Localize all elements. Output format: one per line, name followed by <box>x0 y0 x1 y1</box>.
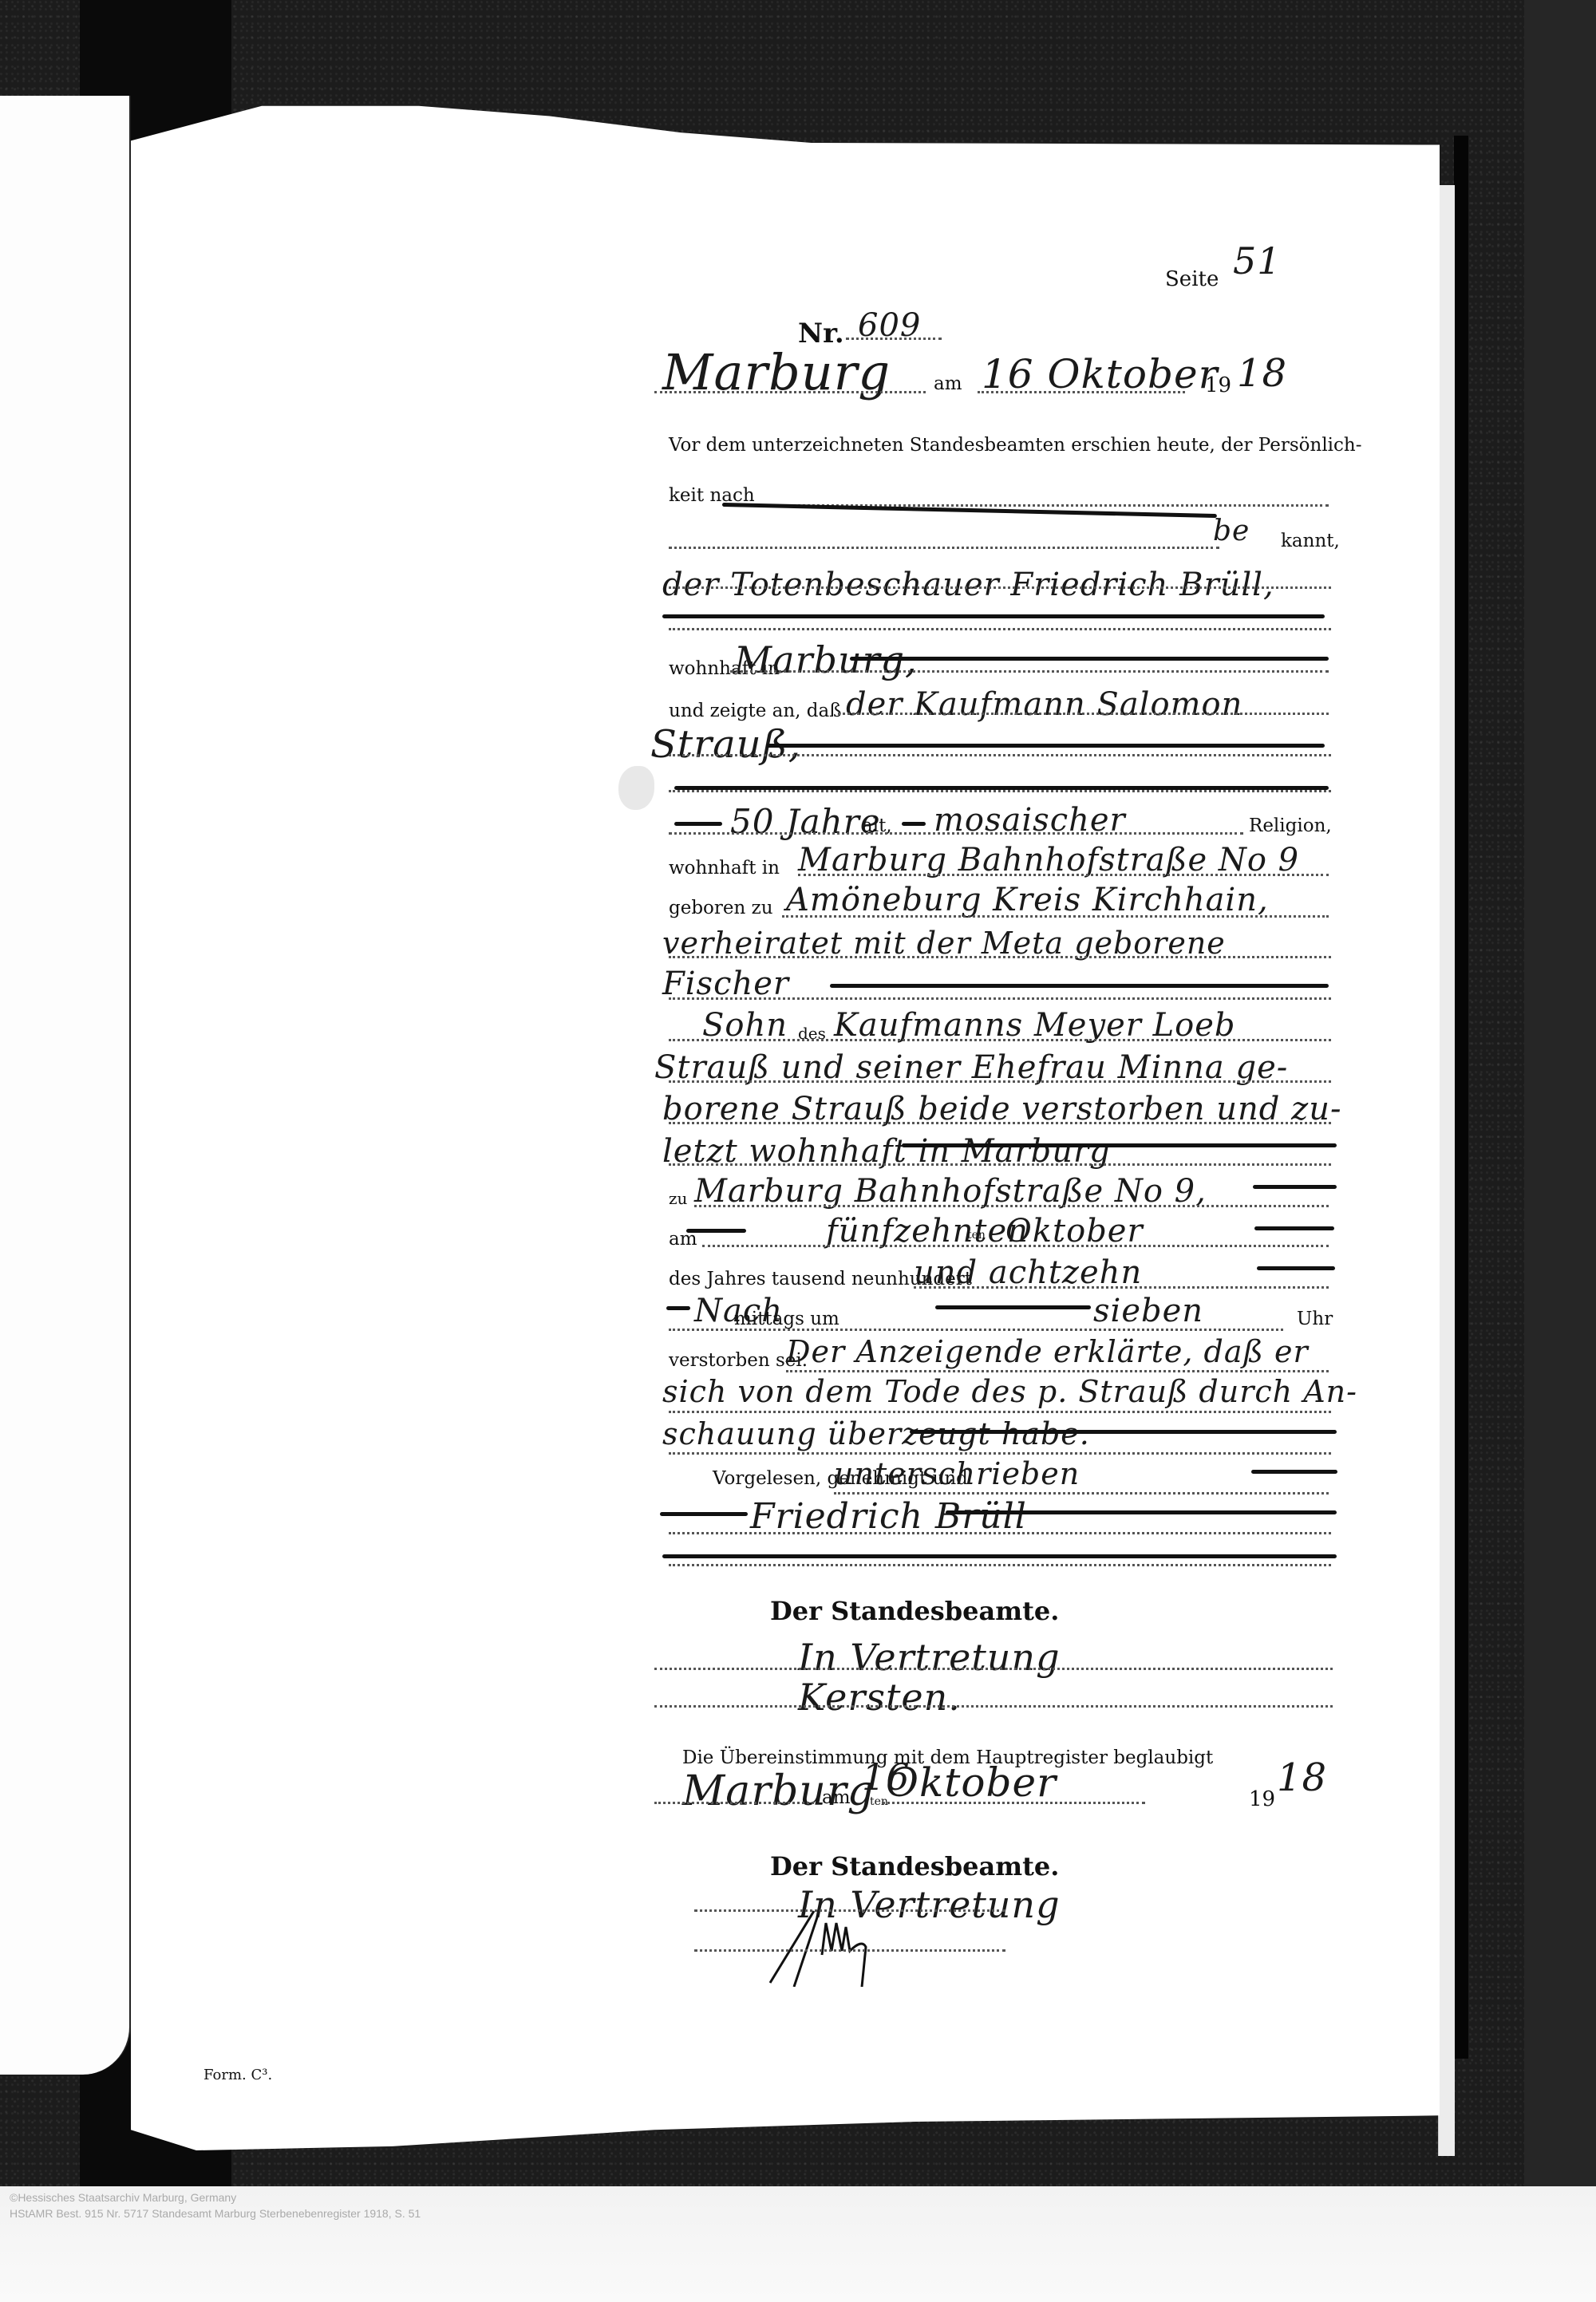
footer-copyright: ©Hessisches Staatsarchiv Marburg, German… <box>10 2191 236 2204</box>
line <box>782 915 1329 918</box>
strike-line <box>935 1305 1091 1309</box>
born-place: Amöneburg Kreis Kirchhain, <box>786 882 1269 918</box>
strike-line <box>902 1143 1337 1147</box>
strike-line <box>830 984 1329 988</box>
line <box>669 790 1331 792</box>
page-edge <box>1438 185 1455 2156</box>
line <box>669 956 1331 958</box>
uhr-label: Uhr <box>1297 1309 1333 1329</box>
archive-footer: ©Hessisches Staatsarchiv Marburg, German… <box>0 2186 1596 2302</box>
strike-line <box>662 1554 1337 1558</box>
line <box>669 832 1243 835</box>
left-facing-page <box>0 96 131 2075</box>
strike-line <box>1251 1470 1337 1474</box>
line <box>694 1205 1329 1207</box>
signature-stroke-icon <box>766 1907 910 1987</box>
statement-line-3: schauung überzeugt habe. <box>662 1416 1090 1451</box>
line <box>669 754 1331 756</box>
certification-year-prefix: 19 <box>1249 1787 1275 1811</box>
dash <box>902 822 926 826</box>
time-hour: sieben <box>1093 1293 1203 1329</box>
death-place-label: zu <box>669 1189 687 1208</box>
form-label: Form. C³. <box>203 2067 272 2083</box>
intro-text: Vor dem unterzeichneten Standesbeamten e… <box>669 435 1362 456</box>
book-binding <box>1454 136 1468 2059</box>
line <box>669 1039 1331 1041</box>
line <box>882 1802 1145 1804</box>
ten-label: ten <box>967 1229 986 1242</box>
am-label: am <box>934 373 962 394</box>
strike-line <box>850 657 1329 661</box>
certification-month: Oktober <box>886 1759 1057 1806</box>
line <box>914 1286 1329 1289</box>
date-line <box>978 391 1185 393</box>
line <box>669 1452 1331 1455</box>
place-line <box>654 391 926 393</box>
informant-name: der Totenbeschauer Friedrich Brüll, <box>662 567 1274 603</box>
line <box>669 1532 1331 1534</box>
strike-line <box>766 744 1325 748</box>
informant-signature: Friedrich Brüll <box>750 1496 1027 1537</box>
strike-line <box>1254 1226 1334 1230</box>
line <box>730 670 1329 673</box>
dash <box>660 1512 748 1516</box>
line <box>694 1949 1005 1952</box>
dash <box>686 1229 746 1233</box>
time-label: mittags um <box>734 1309 839 1329</box>
line <box>669 1564 1331 1566</box>
line <box>669 997 1331 1000</box>
page-number: 51 <box>1233 239 1282 282</box>
year-suffix: 18 <box>1237 351 1287 396</box>
certification-year-suffix: 18 <box>1277 1755 1327 1800</box>
line <box>669 628 1331 630</box>
line <box>702 1245 1329 1247</box>
known-suffix: kannt, <box>1281 531 1340 551</box>
certification-am: am <box>822 1787 851 1808</box>
statement-line-2: sich von dem Tode des p. Strauß durch An… <box>662 1374 1357 1409</box>
known-suffix-hand: be <box>1213 515 1250 547</box>
statement-line-1: Der Anzeigende erklärte, daß er <box>786 1334 1309 1369</box>
line <box>834 1492 1329 1495</box>
deceased-name-1: der Kaufmann Salomon <box>846 686 1242 723</box>
line <box>669 1122 1331 1124</box>
paper-stain <box>618 766 654 810</box>
dash <box>674 822 722 826</box>
certification-signature-scrawl <box>766 1907 910 1987</box>
strike-line <box>946 1510 1337 1514</box>
line <box>654 1705 1333 1708</box>
official-title: Der Standesbeamte. <box>770 1596 1059 1626</box>
line <box>838 713 1329 715</box>
official-signature-1: In Vertretung <box>798 1636 1061 1679</box>
line <box>669 1411 1331 1413</box>
official-signature-2: Kersten. <box>798 1676 961 1719</box>
age: 50 Jahre <box>730 802 881 841</box>
strike-line <box>1253 1185 1337 1189</box>
line <box>669 1329 1283 1331</box>
religion-label: Religion, <box>1249 815 1332 836</box>
line <box>669 1163 1331 1166</box>
line <box>669 1080 1331 1083</box>
dash <box>666 1306 690 1310</box>
line <box>786 1370 1329 1372</box>
line <box>654 1668 1333 1670</box>
read-hand: unterschrieben <box>834 1456 1080 1491</box>
strike-line <box>662 614 1325 618</box>
scanner-right-band <box>1524 0 1596 2186</box>
year-prefix: 19 <box>1205 373 1231 397</box>
line <box>669 586 1331 589</box>
strike-line <box>1257 1266 1335 1270</box>
page-label: Seite <box>1165 267 1219 291</box>
line <box>654 1802 814 1804</box>
footer-reference: HStAMR Best. 915 Nr. 5717 Standesamt Mar… <box>10 2207 421 2220</box>
line <box>669 547 1219 549</box>
certification-title: Der Standesbeamte. <box>770 1851 1059 1881</box>
deceased-residence-label: wohnhaft in <box>669 858 780 879</box>
born-label: geboren zu <box>669 898 773 918</box>
line <box>798 874 1329 876</box>
strike-line <box>910 1430 1337 1434</box>
reported-label: und zeigte an, daß <box>669 701 842 721</box>
record-number-line <box>846 338 942 340</box>
